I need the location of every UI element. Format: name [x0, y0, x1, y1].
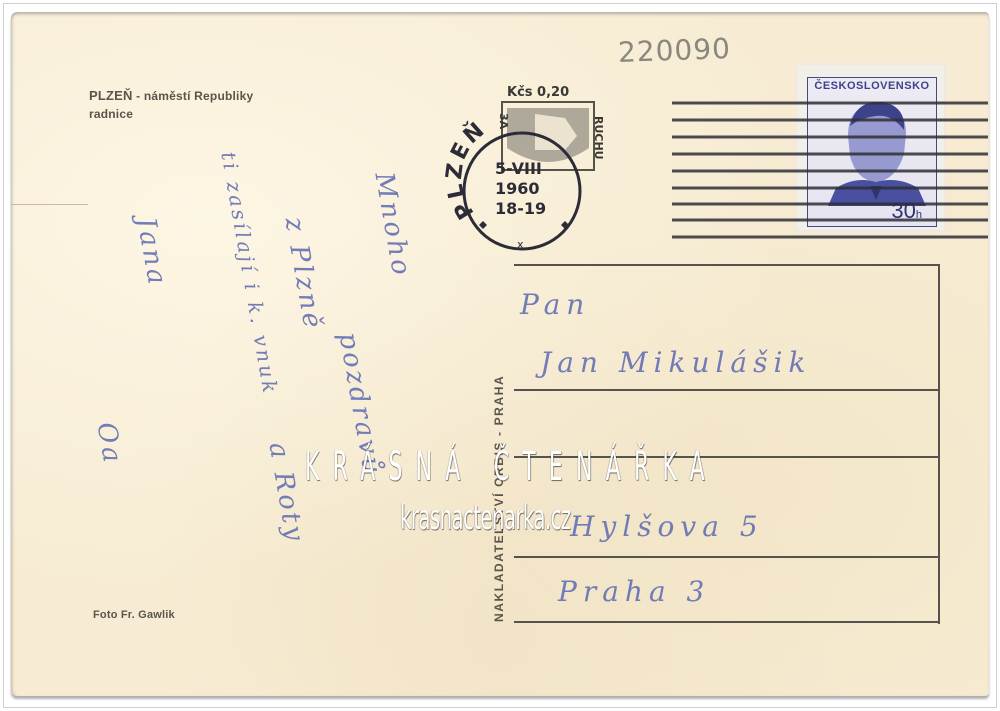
divider: [11, 204, 88, 205]
address-city: Praha 3: [558, 575, 710, 608]
address-recipient-name: Jan Mikulášik: [540, 346, 811, 379]
address-line: [514, 264, 939, 266]
postmark: Kčs 0,20 3A RUCHU PLZEŇ 5-VIII 1960 18-1…: [445, 78, 615, 258]
address-recipient-title: Pan: [520, 288, 590, 321]
caption-square: náměstí Republiky: [144, 89, 253, 103]
caption-title: PLZEŇ - náměstí Republiky: [89, 88, 253, 103]
caption-place: PLZEŇ: [89, 88, 133, 103]
caption-separator: -: [133, 89, 144, 103]
svg-text:1960: 1960: [495, 179, 540, 198]
address-line: [514, 621, 939, 623]
cancellation-lines: [672, 100, 988, 240]
caption-subject: radnice: [89, 107, 133, 121]
svg-text:RUCHU: RUCHU: [592, 116, 605, 160]
address-line: [514, 556, 939, 558]
svg-text:5-VIII: 5-VIII: [495, 159, 542, 178]
stamp-country: ČESKOSLOVENSKO: [811, 80, 933, 92]
svg-text:3A: 3A: [497, 113, 510, 130]
address-street: Hylšova 5: [570, 510, 764, 543]
svg-text:18-19: 18-19: [495, 199, 546, 218]
address-border: [938, 264, 940, 624]
catalog-number: 220090: [617, 32, 731, 69]
address-line: [514, 389, 939, 391]
watermark-url: krasnactenarka.cz: [400, 498, 571, 538]
svg-text:Kčs 0,20: Kčs 0,20: [507, 85, 569, 100]
photo-credit: Foto Fr. Gawlik: [93, 609, 175, 621]
svg-text:x: x: [517, 238, 524, 251]
watermark-title: KRÁSNÁ ČTENÁŘKA: [305, 444, 718, 490]
